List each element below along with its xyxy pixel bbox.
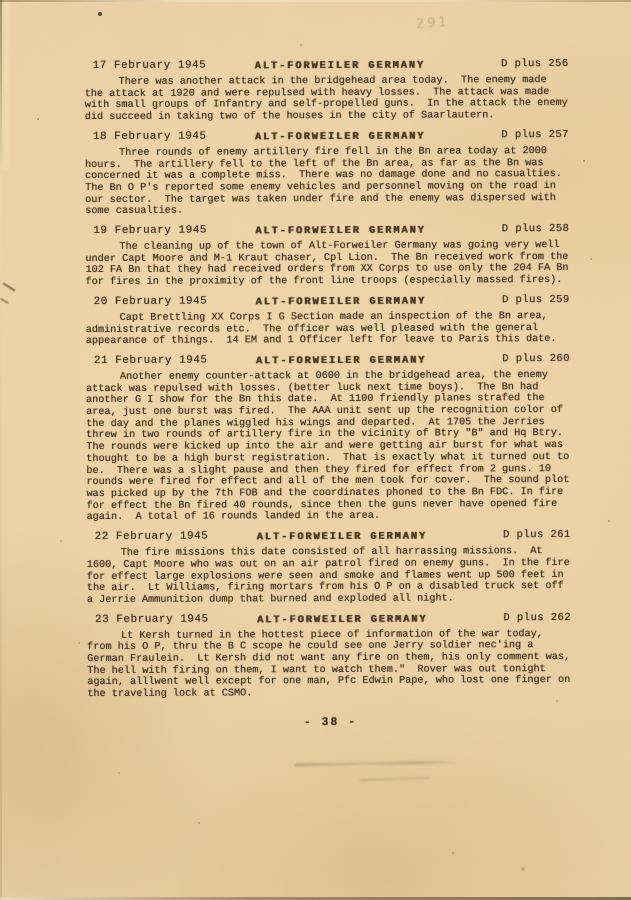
paper-edge-left [0,0,2,900]
page-number: - 38 - [87,716,573,730]
entry-date: 20 February 1945 [94,295,208,307]
entry-date: 18 February 1945 [93,130,207,142]
entry-header: 20 February 1945 ALT-FORWEILER GERMANY D… [86,295,572,311]
entry-date: 22 February 1945 [95,531,209,543]
journal-entry: 20 February 1945 ALT-FORWEILER GERMANY D… [86,295,572,348]
entry-body: Three rounds of enemy artillery fire fel… [85,146,571,218]
typewritten-content: 17 February 1945 ALT-FORWEILER GERMANY D… [85,59,574,730]
faint-pencil-mark: 291 [416,15,451,32]
entry-location: ALT-FORWEILER GERMANY [255,226,425,238]
journal-entry: 18 February 1945 ALT-FORWEILER GERMANY D… [85,130,571,218]
entry-date: 21 February 1945 [94,354,208,366]
entry-body: There was another attack in the bridgehe… [85,75,571,124]
entry-body: The fire missions this date consisted of… [87,546,573,607]
entry-dplus-label: D plus 260 [502,354,570,366]
paper-tear-mark [5,0,8,170]
entry-dplus-label: D plus 258 [502,224,570,236]
entry-header: 21 February 1945 ALT-FORWEILER GERMANY D… [86,354,572,370]
pencil-smudge [295,761,460,767]
entry-location: ALT-FORWEILER GERMANY [256,356,426,368]
journal-entries: 17 February 1945 ALT-FORWEILER GERMANY D… [85,59,574,701]
entry-header: 17 February 1945 ALT-FORWEILER GERMANY D… [85,59,571,75]
entry-location: ALT-FORWEILER GERMANY [256,296,426,308]
journal-entry: 21 February 1945 ALT-FORWEILER GERMANY D… [86,354,573,524]
pencil-smudge-2 [360,777,430,781]
journal-entry: 19 February 1945 ALT-FORWEILER GERMANY D… [85,224,571,289]
journal-entry: 22 February 1945 ALT-FORWEILER GERMANY D… [87,530,573,607]
entry-header: 23 February 1945 ALT-FORWEILER GERMANY D… [87,613,573,629]
entry-dplus-label: D plus 261 [503,530,571,542]
entry-dplus-label: D plus 259 [502,295,570,307]
margin-pen-mark [3,282,16,291]
entry-header: 18 February 1945 ALT-FORWEILER GERMANY D… [85,130,571,146]
entry-body: Another enemy counter-attack at 0600 in … [86,370,573,524]
entry-location: ALT-FORWEILER GERMANY [257,614,427,626]
entry-location: ALT-FORWEILER GERMANY [257,532,427,544]
entry-location: ALT-FORWEILER GERMANY [255,61,425,73]
entry-date: 19 February 1945 [93,225,207,237]
entry-dplus-label: D plus 257 [501,130,569,142]
entry-dplus-label: D plus 256 [501,59,569,71]
journal-entry: 17 February 1945 ALT-FORWEILER GERMANY D… [85,59,571,124]
entry-date: 17 February 1945 [93,60,207,72]
entry-body: Lt Kersh turned in the hottest piece of … [87,629,573,701]
paper-specks [0,0,2,2]
journal-entry: 23 February 1945 ALT-FORWEILER GERMANY D… [87,613,573,701]
entry-location: ALT-FORWEILER GERMANY [255,131,425,143]
entry-date: 23 February 1945 [95,613,209,625]
entry-dplus-label: D plus 262 [503,613,571,625]
entry-body: Capt Brettling XX Corps I G Section made… [86,311,572,348]
entry-header: 19 February 1945 ALT-FORWEILER GERMANY D… [85,224,571,240]
entry-body: The cleaning up of the town of Alt-Forwe… [85,240,571,289]
paper-edge-top [0,0,631,2]
document-page: 291 17 February 1945 ALT-FORWEILER GERMA… [0,0,631,900]
entry-header: 22 February 1945 ALT-FORWEILER GERMANY D… [87,530,573,546]
